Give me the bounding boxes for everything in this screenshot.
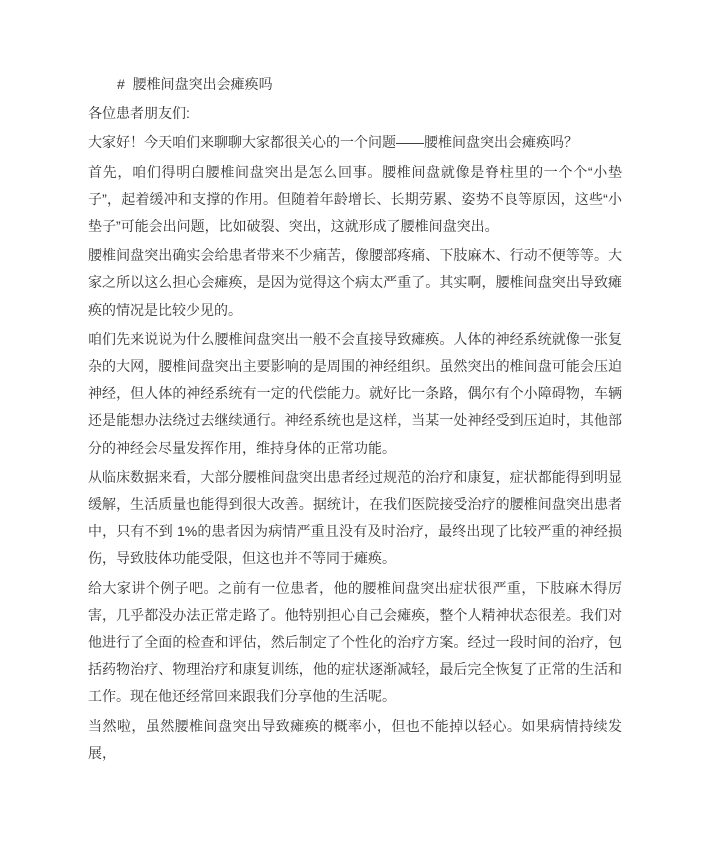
document-title: # 腰椎间盘突出会瘫痪吗 — [88, 71, 622, 98]
paragraph: 大家好！今天咱们来聊聊大家都很关心的一个问题——腰椎间盘突出会瘫痪吗？ — [88, 129, 622, 156]
document-page: # 腰椎间盘突出会瘫痪吗 各位患者朋友们:大家好！今天咱们来聊聊大家都很关心的一… — [0, 0, 708, 841]
paragraph: 各位患者朋友们: — [88, 100, 622, 127]
paragraph: 首先，咱们得明白腰椎间盘突出是怎么回事。腰椎间盘就像是脊柱里的一个个“小垫子”，… — [88, 159, 622, 241]
paragraph: 给大家讲个例子吧。之前有一位患者，他的腰椎间盘突出症状很严重，下肢麻木得厉害，几… — [88, 575, 622, 711]
paragraph: 腰椎间盘突出确实会给患者带来不少痛苦，像腰部疼痛、下肢麻木、行动不便等等。大家之… — [88, 242, 622, 324]
paragraph-list: 各位患者朋友们:大家好！今天咱们来聊聊大家都很关心的一个问题——腰椎间盘突出会瘫… — [88, 100, 622, 767]
paragraph: 咱们先来说说为什么腰椎间盘突出一般不会直接导致瘫痪。人体的神经系统就像一张复杂的… — [88, 326, 622, 462]
paragraph: 从临床数据来看，大部分腰椎间盘突出患者经过规范的治疗和康复，症状都能得到明显缓解… — [88, 464, 622, 573]
document-content: # 腰椎间盘突出会瘫痪吗 各位患者朋友们:大家好！今天咱们来聊聊大家都很关心的一… — [0, 0, 708, 767]
paragraph: 当然啦，虽然腰椎间盘突出导致瘫痪的概率小，但也不能掉以轻心。如果病情持续发展， — [88, 713, 622, 767]
